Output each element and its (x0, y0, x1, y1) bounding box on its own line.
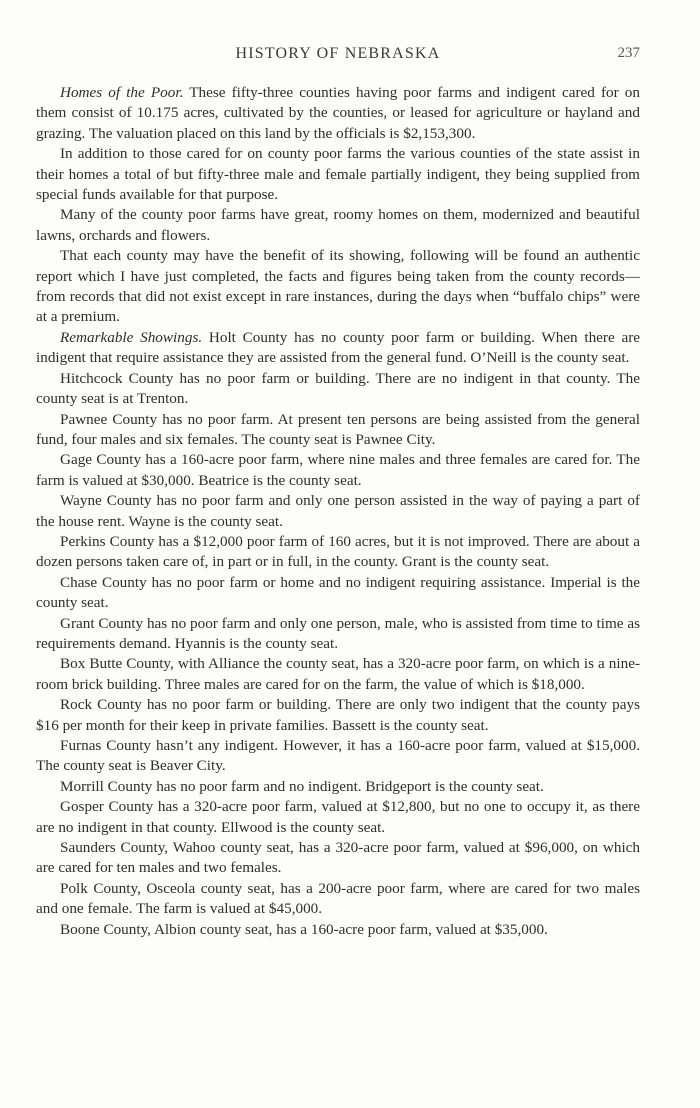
body-text: Homes of the Poor. These fifty-three cou… (36, 83, 640, 940)
page-number: 237 (618, 45, 641, 62)
paragraph-furnas-county: Furnas County hasn’t any indigent. Howev… (36, 736, 640, 777)
paragraph-morrill-county: Morrill County has no poor farm and no i… (36, 777, 640, 797)
paragraph-hitchcock-county: Hitchcock County has no poor farm or bui… (36, 369, 640, 410)
paragraph-wayne-county: Wayne County has no poor farm and only o… (36, 491, 640, 532)
running-head: HISTORY OF NEBRASKA 237 (36, 45, 640, 67)
paragraph-rock-county: Rock County has no poor farm or building… (36, 695, 640, 736)
paragraph-saunders-county: Saunders County, Wahoo county seat, has … (36, 838, 640, 879)
paragraph-pawnee-county: Pawnee County has no poor farm. At prese… (36, 410, 640, 451)
paragraph-box-butte-county: Box Butte County, with Alliance the coun… (36, 654, 640, 695)
paragraph-polk-county: Polk County, Osceola county seat, has a … (36, 879, 640, 920)
paragraph-boone-county: Boone County, Albion county seat, has a … (36, 920, 640, 940)
paragraph-gosper-county: Gosper County has a 320-acre poor farm, … (36, 797, 640, 838)
book-page: HISTORY OF NEBRASKA 237 Homes of the Poo… (0, 0, 700, 1108)
paragraph-grant-county: Grant County has no poor farm and only o… (36, 614, 640, 655)
paragraph-chase-county: Chase County has no poor farm or home an… (36, 573, 640, 614)
paragraph-authentic-report: That each county may have the benefit of… (36, 246, 640, 328)
section-lead-remarkable-showings: Remarkable Showings. (60, 329, 202, 346)
paragraph-partially-indigent: In addition to those cared for on county… (36, 144, 640, 205)
paragraph-perkins-county: Perkins County has a $12,000 poor farm o… (36, 532, 640, 573)
paragraph-roomy-homes: Many of the county poor farms have great… (36, 205, 640, 246)
paragraph-holt-county: Remarkable Showings. Holt County has no … (36, 328, 640, 369)
section-lead-homes-of-the-poor: Homes of the Poor. (60, 84, 183, 101)
running-title: HISTORY OF NEBRASKA (36, 45, 640, 63)
paragraph-gage-county: Gage County has a 160-acre poor farm, wh… (36, 450, 640, 491)
paragraph-homes-of-the-poor: Homes of the Poor. These fifty-three cou… (36, 83, 640, 144)
